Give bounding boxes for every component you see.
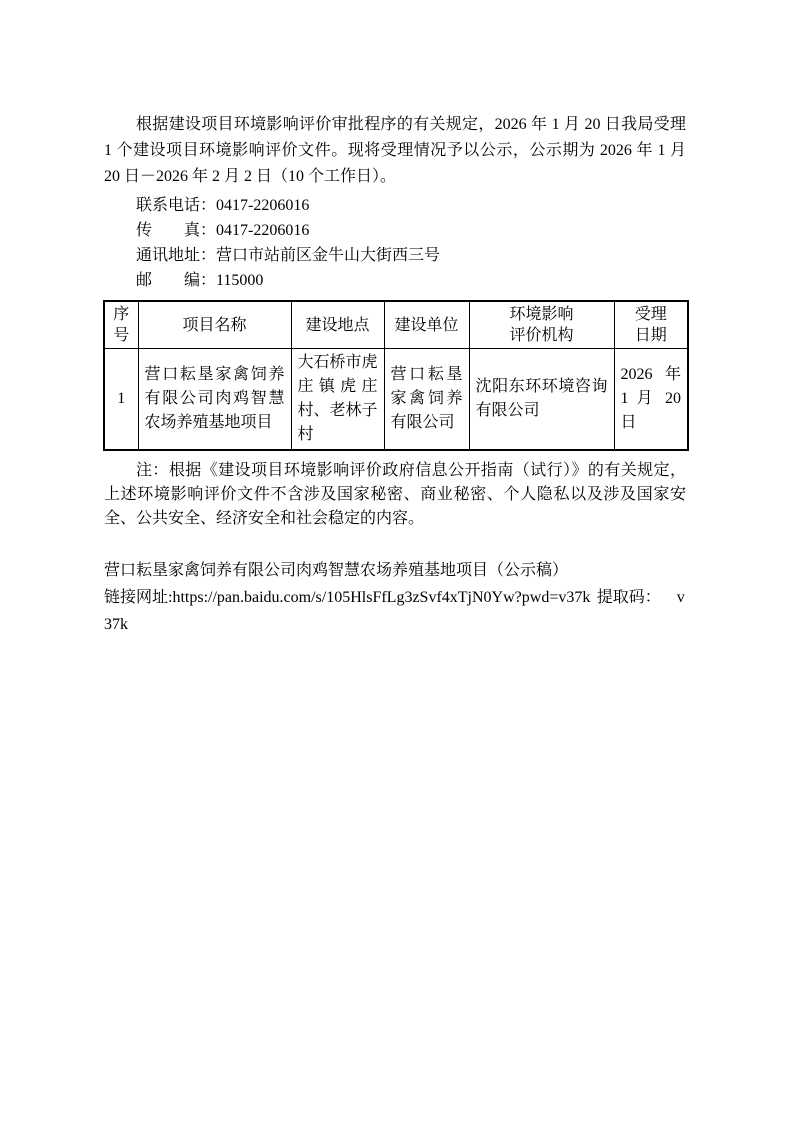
document-page: 根据建设项目环境影响评价审批程序的有关规定，2026 年 1 月 20 日我局受… (104, 112, 686, 638)
cell-project-name: 营口耘垦家禽饲养有限公司肉鸡智慧农场养殖基地项目 (138, 349, 291, 451)
cell-seq: 1 (104, 349, 138, 451)
code-label: 提取码： (597, 589, 661, 606)
contact-zipcode-line: 邮 编：115000 (104, 268, 686, 293)
attachment-link-line: 链接网址:https://pan.baidu.com/s/105HlsFfLg3… (104, 584, 686, 638)
acceptance-table: 序 号 项目名称 建设地点 建设单位 环境影响 评价机构 受理 日期 1 营口耘… (103, 300, 689, 451)
cell-acceptance-date: 2026 年 1 月 20 日 (614, 349, 688, 451)
table-header-location: 建设地点 (291, 301, 384, 349)
table-header-eia-agency: 环境影响 评价机构 (469, 301, 614, 349)
contact-fax-line: 传 真：0417-2206016 (104, 218, 686, 243)
cell-builder: 营口耘垦家禽饲养有限公司 (384, 349, 469, 451)
attachment-url: https://pan.baidu.com/s/105HlsFfLg3zSvf4… (172, 589, 590, 606)
attachment-block: 营口耘垦家禽饲养有限公司肉鸡智慧农场养殖基地项目（公示稿） 链接网址:https… (104, 557, 686, 638)
cell-location: 大石桥市虎庄镇虎庄村、老林子村 (291, 349, 384, 451)
table-header-project-name: 项目名称 (138, 301, 291, 349)
table-header-acceptance-date: 受理 日期 (614, 301, 688, 349)
link-label: 链接网址: (104, 589, 172, 606)
table-header-seq: 序 号 (104, 301, 138, 349)
note-paragraph: 注：根据《建设项目环境影响评价政府信息公开指南（试行）》的有关规定，上述环境影响… (104, 459, 686, 531)
table-row: 1 营口耘垦家禽饲养有限公司肉鸡智慧农场养殖基地项目 大石桥市虎庄镇虎庄村、老林… (104, 349, 688, 451)
contact-info-block: 联系电话：0417-2206016 传 真：0417-2206016 通讯地址：… (104, 193, 686, 293)
intro-paragraph: 根据建设项目环境影响评价审批程序的有关规定，2026 年 1 月 20 日我局受… (104, 112, 686, 190)
table-header-row: 序 号 项目名称 建设地点 建设单位 环境影响 评价机构 受理 日期 (104, 301, 688, 349)
table-header-builder: 建设单位 (384, 301, 469, 349)
contact-phone-line: 联系电话：0417-2206016 (104, 193, 686, 218)
cell-eia-agency: 沈阳东环环境咨询有限公司 (469, 349, 614, 451)
contact-address-line: 通讯地址：营口市站前区金牛山大街西三号 (104, 243, 686, 268)
attachment-title: 营口耘垦家禽饲养有限公司肉鸡智慧农场养殖基地项目（公示稿） (104, 557, 686, 584)
